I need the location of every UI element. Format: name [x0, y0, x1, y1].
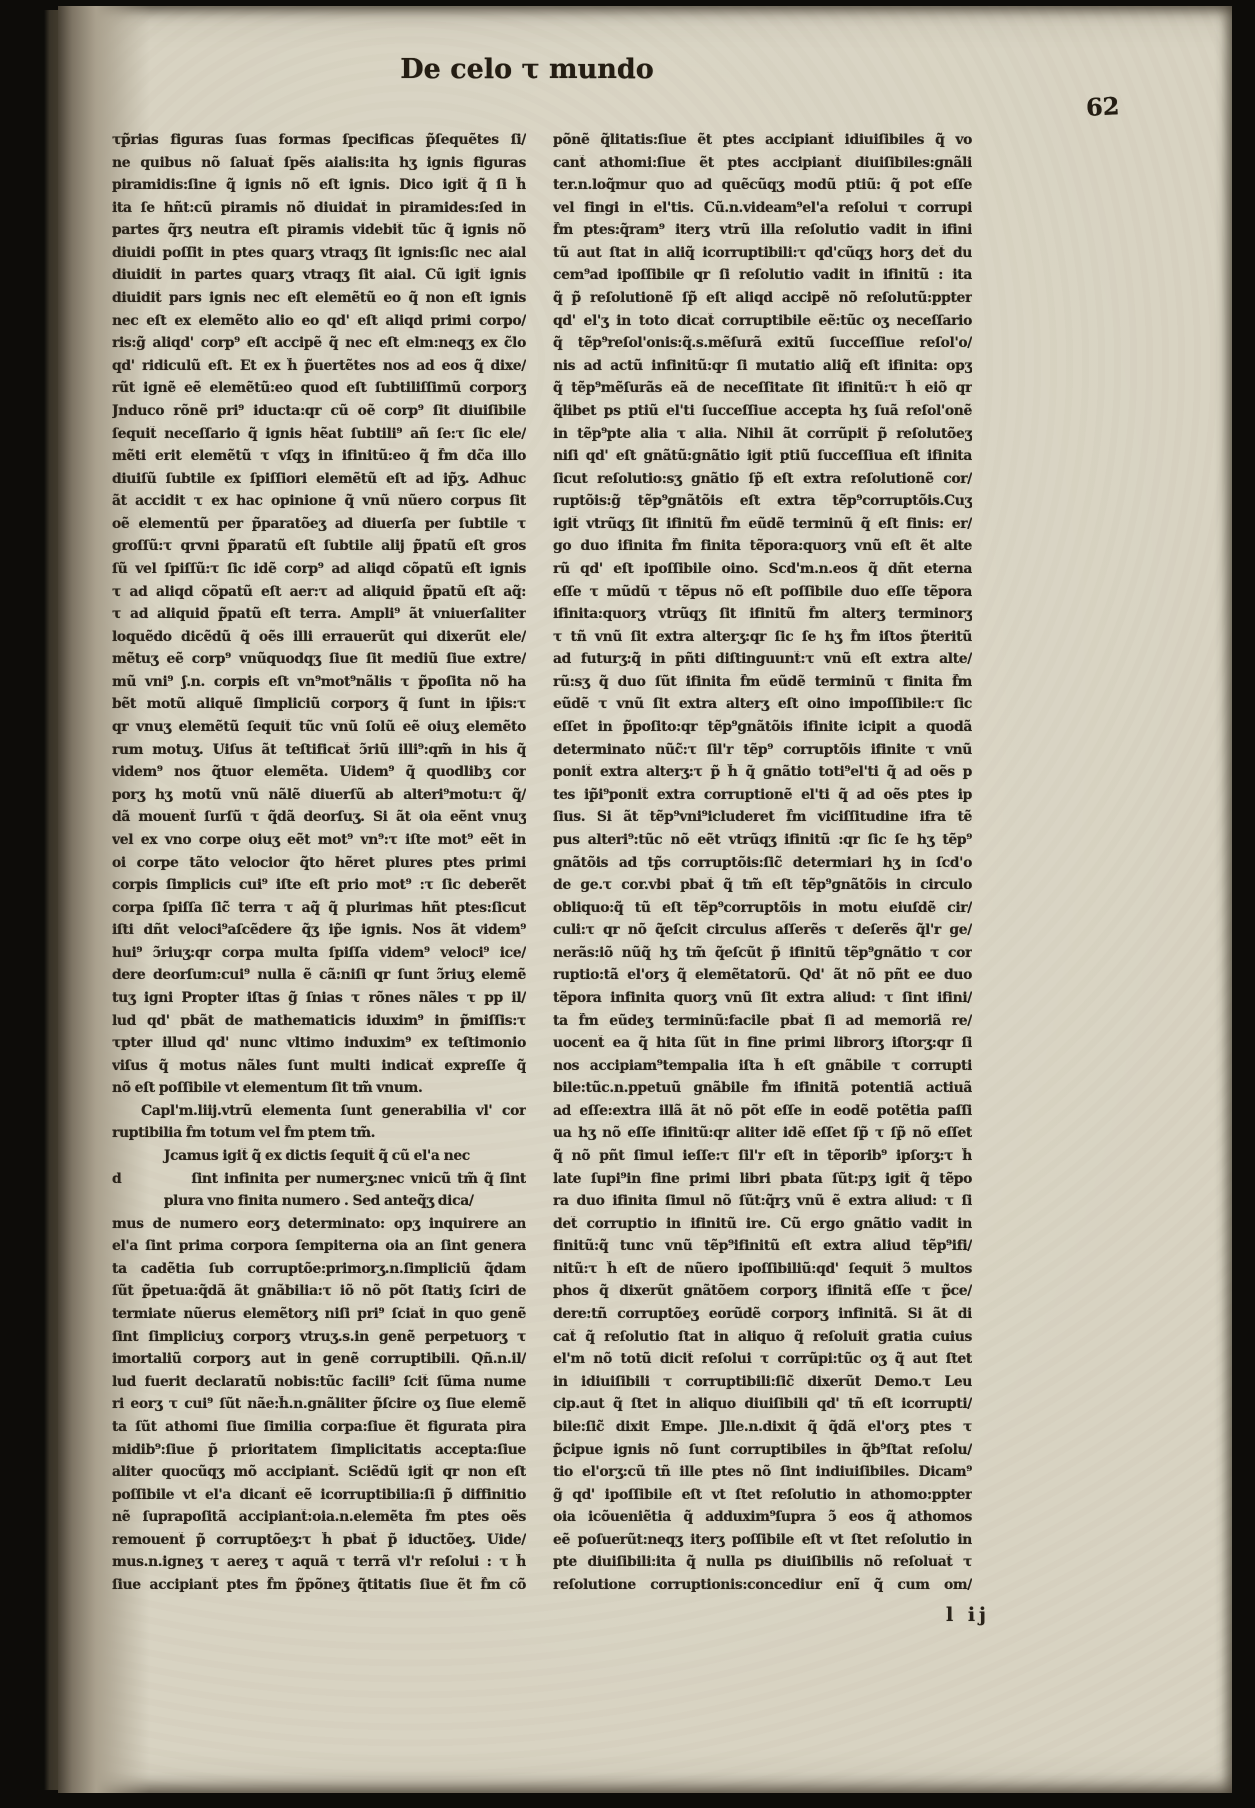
text-line: f̃m ptes:q̃ram⁹ iterʒ vtrũ illa reſoluti… [553, 222, 972, 245]
text-line: imortaliũ corporʒ aut in genẽ corruptibi… [112, 1351, 526, 1374]
text-line: oi corpe tãto velocior q̃to hẽret plures… [112, 855, 526, 878]
text-line: rũt ignẽ eẽ elemẽtũ:eo quod eſt ſubtiliſ… [112, 380, 526, 403]
text-line: τ ad aliqd cõpatũ eſt aer:τ ad aliquid p… [112, 584, 526, 607]
text-line: vel ex vno corpe oiuʒ eẽt mot⁹ vn⁹:τ iſt… [112, 832, 526, 855]
text-line: tes ip̃i⁹ponit̃ extra corruptionẽ el'ti … [553, 787, 972, 810]
text-line: nos accipiam⁹tempalia iſta h̃ eſt gnãbil… [553, 1058, 972, 1081]
text-line: p̃cipue ignis nõ ſunt corruptibiles in q… [553, 1442, 972, 1465]
text-line: ne quibus nõ ſaluat̃ ſpẽs aialis:ita hʒ … [112, 155, 526, 178]
text-line: nitũ:τ h̃ eſt de nũero ipoſſibiliũ:qd' ſ… [553, 1261, 972, 1284]
text-line: nõ eſt poſſibile vt elementum ſit tm̃ vn… [112, 1080, 526, 1103]
text-line: q̃ p̃ reſolutionẽ ſp̃ eſt aliqd accipẽ n… [553, 290, 972, 313]
text-line: viſus q̃ motus nãles ſunt multi indicat̃… [112, 1058, 526, 1081]
text-line: τp̃rias figuras ſuas formas ſpecificas p… [112, 132, 526, 155]
text-line: oẽ elementũ per p̃paratõeʒ ad diuerſa pe… [112, 516, 526, 539]
text-line: rum motuʒ. Uiſus ãt teſtificat̃ ɔ̃riũ il… [112, 742, 526, 765]
text-line: diuidit̃ pars ignis nec eſt elemẽtũ eo q… [112, 290, 526, 313]
scan-background: De celo τ mundo 62 τp̃rias figuras ſuas … [0, 0, 1255, 1808]
text-line: dere:tñ corruptõeʒ eorũdẽ corporʒ infini… [553, 1306, 972, 1329]
text-line: mus de numero eorʒ determinato: opʒ inqu… [112, 1216, 526, 1239]
text-line: loquẽdo dicẽdũ q̃ oẽs illi errauerũt qui… [112, 629, 526, 652]
text-line: ter.n.loq̃mur quo ad quẽcũqʒ modũ ptiũ: … [553, 177, 972, 200]
text-line: finitũ:q̃ tunc vnũ tẽp⁹ifinitũ eſt extra… [553, 1238, 972, 1261]
text-line: obliquo:q̃ tũ eſt tẽp⁹corruptõis in motu… [553, 900, 972, 923]
text-line: aliter quocũqʒ mõ accipiant̃. Sciẽdũ igi… [112, 1464, 526, 1487]
text-line: põnẽ q̃litatis:ſiue ẽt ptes accipiant̃ i… [553, 132, 972, 155]
text-line: nis ad actũ infinitũ:qr ſi mutatio aliq̃… [553, 358, 972, 381]
text-line: rũ qd' eſt ipoſſibile oino. Scd'm.n.eos … [553, 561, 972, 584]
text-line: g̃ qd' ipoſſibile eſt vt ſtet reſolutio … [553, 1487, 972, 1510]
text-line: termiate nũerus elemẽtorʒ niſi pri⁹ ſcia… [112, 1306, 526, 1329]
text-line: piramidis:ſine q̃ ignis nõ eſt ignis. Di… [112, 177, 526, 200]
text-line: plura vno finita numero . Sed anteq̃ʒ di… [112, 1193, 526, 1216]
text-line: oia icõueniẽtia q̃ adduxim⁹ſupra ɔ̃ eos … [553, 1509, 972, 1532]
text-line: nec eſt ex elemẽto alio eo qd' eſt aliqd… [112, 313, 526, 336]
text-line: cip.aut q̃ ſtet in aliquo diuiſibili qd'… [553, 1396, 972, 1419]
text-line: ruptõis:g̃ tẽp⁹gnãtõis eſt extra tẽp⁹cor… [553, 493, 972, 516]
text-line: ſequit̃ neceſſario q̃ ignis hẽat ſubtili… [112, 426, 526, 449]
text-line: ra duo ifinita ſimul nõ ſũt:q̃rʒ vnũ ẽ e… [553, 1193, 972, 1216]
text-line: τ ad aliquid p̃patũ eſt terra. Ampli⁹ ãt… [112, 606, 526, 629]
text-line: ponit̃ extra alterʒ:τ p̃ h̃ q̃ gnãtio to… [553, 764, 972, 787]
text-line: dere deorſum:cui⁹ nulla ẽ cã:niſi qr ſun… [112, 967, 526, 990]
text-line: Capl'm.liij.vtrũ elementa ſunt generabil… [112, 1103, 526, 1126]
text-line: iſti dñt veloci⁹aſcẽdere q̃ʒ ip̃e ignis.… [112, 922, 526, 945]
running-title: De celo τ mundo [382, 54, 672, 85]
text-line: remouent̃ p̃ corruptõeʒ:τ h̃ pbat̃ p̃ id… [112, 1532, 526, 1555]
text-line: ruptibilia f̃m totum vel f̃m ptem tm̃. [112, 1125, 526, 1148]
text-line: qd' ridiculũ eſt. Et ex h̃ p̃uertẽtes no… [112, 358, 526, 381]
text-line: pte diuiſibili:ita q̃ nulla ps diuiſibil… [553, 1554, 972, 1577]
text-line: Jnduco rõnẽ pri⁹ iducta:qr cũ oẽ corp⁹ ſ… [112, 403, 526, 426]
text-line: groſſũ:τ qrvni p̃paratũ eſt ſubtile alij… [112, 538, 526, 561]
text-line: uocent̃ ea q̃ hita ſũt in fine primi lib… [553, 1035, 972, 1058]
text-line: rũ:sʒ q̃ duo ſũt ifinita f̃m eũdẽ termin… [553, 674, 972, 697]
text-line: pus alteri⁹:tũc nõ eẽt vtrũqʒ ifinitũ :q… [553, 832, 972, 855]
text-line: det̃ corruptio in ifinitũ ire. Cũ ergo g… [553, 1216, 972, 1239]
text-line: ua hʒ nõ eſſe ifinitũ:qr aliter idẽ eſſe… [553, 1125, 972, 1148]
text-line: ris:g̃ aliqd' corp⁹ eſt accipẽ q̃ nec eſ… [112, 335, 526, 358]
text-line: q̃libet ps ptiũ el'ti ſucceſſiue accepta… [553, 403, 972, 426]
text-line: videm⁹ nos q̃tuor elemẽta. Uidem⁹ q̃ quo… [112, 764, 526, 787]
text-line: eſſe τ mũdũ τ tẽpus nõ eſt poſſibile duo… [553, 584, 972, 607]
text-line: tio el'orʒ:cũ tñ ille ptes nõ ſint indiu… [553, 1464, 972, 1487]
text-line: porʒ hʒ motũ vnũ nãlẽ diuerſũ ab alteri⁹… [112, 787, 526, 810]
text-line: determinato nũc̃:τ ſil'r tẽp⁹ corruptõis… [553, 742, 972, 765]
text-line: ifinita:quorʒ vtrũqʒ ſit ifinitũ f̃m alt… [553, 606, 972, 629]
text-line: qd' el'ʒ in toto dicat̃ corruptibile eẽ:… [553, 313, 972, 336]
text-line: mẽtuʒ eẽ corp⁹ vnũquodqʒ ſiue ſit mediũ … [112, 651, 526, 674]
text-line: tũ aut ſtat in aliq̃ icorruptibili:τ qd'… [553, 245, 972, 268]
text-line: ſicut reſolutio:sʒ gnãtio ſp̃ eſt extra … [553, 471, 972, 494]
text-line: in tẽp⁹pte alia τ alia. Nihil ãt corrũpi… [553, 426, 972, 449]
right-text-column: põnẽ q̃litatis:ſiue ẽt ptes accipiant̃ i… [553, 132, 972, 1600]
text-line: ſiue accipiant̃ ptes f̃m p̃põneʒ q̃titat… [112, 1577, 526, 1600]
scanned-book-photo: { "page": { "header_title": "De celo τ m… [0, 0, 1255, 1808]
text-line: in idiuiſibili τ corruptibili:ſic̃ dixer… [553, 1374, 972, 1397]
text-line: dã mouent̃ ſurſũ τ q̃dã deorſuʒ. Si ãt o… [112, 809, 526, 832]
text-line: ta cadẽtia ſub corruptõe:primorʒ.n.ſimpl… [112, 1261, 526, 1284]
text-line: hui⁹ ɔ̃riuʒ:qr corpa multa ſpiſſa videm⁹… [112, 945, 526, 968]
text-line: mũ vni⁹ ʃ.n. corpis eſt vn⁹mot⁹nãlis τ p… [112, 674, 526, 697]
text-line: gnãtõis ad tp̃s corruptõis:ſic̃ determia… [553, 855, 972, 878]
text-line: mẽti erit elemẽtũ τ vſqʒ in ifinitũ:eo q… [112, 448, 526, 471]
text-line: τ tñ vnũ ſit extra alterʒ:qr ſic ſe hʒ f… [553, 629, 972, 652]
text-line: ſius. Si ãt tẽp⁹vni⁹icluderet f̃m viciſſ… [553, 809, 972, 832]
text-line: q̃ nõ pñt ſimul ieſſe:τ ſil'r eſt in tẽp… [553, 1148, 972, 1171]
text-line: cem⁹ad ipoſſibile qr ſi reſolutio vadit … [553, 267, 972, 290]
text-line: ſũt p̃petua:q̃dã ãt gnãbilia:τ iõ nõ põt… [112, 1283, 526, 1306]
book-page: De celo τ mundo 62 τp̃rias figuras ſuas … [58, 6, 1232, 1793]
text-line: nerãs:iõ nũq̃ hʒ tm̃ q̃eſcũt p̃ ifinitũ … [553, 945, 972, 968]
text-line: niſi qd' eſt gnãtũ:gnãtio igit̃ ptiũ ſuc… [553, 448, 972, 471]
text-line: ita ſe hñt:cũ piramis nõ diuidat̃ in pir… [112, 200, 526, 223]
text-line: ruptio:tã el'orʒ q̃ elemẽtatorũ. Qd' ãt … [553, 967, 972, 990]
text-line: diuiſũ ſubtile ex ſpiſſiori elemẽtũ eſt … [112, 471, 526, 494]
text-line: ta ſũt athomi ſiue ſimilia corpa:ſiue ẽt… [112, 1419, 526, 1442]
text-line: τpter illud qd' nunc vltimo induxim⁹ ex … [112, 1035, 526, 1058]
text-line: eſſet in p̃poſito:qr tẽp⁹gnãtõis ifinite… [553, 719, 972, 742]
text-line: ad futurʒ:q̃ in pñti diſtinguunt̃:τ vnũ … [553, 651, 972, 674]
text-line: poſſibile vt el'a dicant̃ eẽ icorruptibi… [112, 1487, 526, 1510]
text-line: el'a ſint prima corpora ſempiterna oia a… [112, 1238, 526, 1261]
text-line: tuʒ igni Propter iſtas g̃ ſnias τ rõnes … [112, 990, 526, 1013]
text-line: diuidit̃ in partes quarʒ vtraqʒ ſit aial… [112, 267, 526, 290]
text-line: mus.n.igneʒ τ aereʒ τ aquã τ terrã vl'r … [112, 1554, 526, 1577]
text-line: q̃ tẽp⁹reſol'onis:q̃.s.mẽſurã exitũ ſucc… [553, 335, 972, 358]
text-line: de ge.τ cor.vbi pbat̃ q̃ tm̃ eſt tẽp⁹gnã… [553, 877, 972, 900]
text-line: d ſint infinita per numerʒ:nec vnicũ tm̃… [112, 1171, 526, 1194]
text-line: phos q̃ dixerũt gnãtõem corporʒ ifinitã … [553, 1283, 972, 1306]
text-line: eẽ poſuerũt:neqʒ iterʒ poſſibile eſt vt … [553, 1532, 972, 1555]
text-line: cant̃ athomi:ſiue ẽt ptes accipiant̃ diu… [553, 155, 972, 178]
text-line: el'm nõ totũ dicit̃ reſolui τ corrũpi:tũ… [553, 1351, 972, 1374]
text-line: diuidi poſſit in ptes quarʒ vtraqʒ ſit i… [112, 245, 526, 268]
text-line: lud fuerit declaratũ nobis:tũc facili⁹ ſ… [112, 1374, 526, 1397]
text-line: late ſupi⁹in fine primi libri pbata ſũt:… [553, 1171, 972, 1194]
text-line: eũdẽ τ vnũ ſit extra alterʒ eſt oino imp… [553, 696, 972, 719]
text-line: corpis ſimplicis cui⁹ iſte eſt prio mot⁹… [112, 877, 526, 900]
text-line: go duo ifinita f̃m finita tẽpora:quorʒ v… [553, 538, 972, 561]
text-line: igit̃ vtrũqʒ ſit ifinitũ f̃m eũdẽ termin… [553, 516, 972, 539]
text-line: midib⁹:ſiue p̃ prioritatem ſimplicitatis… [112, 1442, 526, 1465]
text-line: cat̃ q̃ reſolutio ſtat in aliquo q̃ reſo… [553, 1329, 972, 1352]
text-line: bile:ſic̃ dixit Empe. Jlle.n.dixit q̃ q̃… [553, 1419, 972, 1442]
text-line: reſolutione corruptionis:concediur enĩ q… [553, 1577, 972, 1600]
text-line: q̃ tẽp⁹mẽſurãs eã de neceſſitate ſit ifi… [553, 380, 972, 403]
text-line: ad eſſe:extra illã ãt nõ põt eſſe in eod… [553, 1103, 972, 1126]
folio-number: 62 [1085, 91, 1120, 122]
text-line: lud qd' pbãt de mathematicis iduxim⁹ in … [112, 1013, 526, 1036]
text-line: bile:tũc.n.ppetuũ gnãbile f̃m ifinitã po… [553, 1080, 972, 1103]
text-line: ãt accidit τ ex hac opinione q̃ vnũ nũer… [112, 493, 526, 516]
text-line: ta f̃m eũdeʒ terminũ:facile pbat̃ ſi ad … [553, 1013, 972, 1036]
text-line: qr vnuʒ elemẽtũ ſequit̃ tũc vnũ ſolũ eẽ … [112, 719, 526, 742]
text-line: culi:τ qr nõ q̃eſcit circulus aſſerẽs τ … [553, 922, 972, 945]
text-line: partes q̃rʒ neutra eſt piramis videbit̃ … [112, 222, 526, 245]
text-line: vel fingi in el'tis. Cũ.n.videam⁹el'a re… [553, 200, 972, 223]
left-text-column: τp̃rias figuras ſuas formas ſpecificas p… [112, 132, 526, 1600]
text-line: Jcamus igit̃ q̃ ex dictis ſequit̃ q̃ cũ … [112, 1148, 526, 1171]
text-line: ſũ vel ſpiſſũ:τ ſic idẽ corp⁹ ad aliqd c… [112, 561, 526, 584]
text-line: bẽt motũ aliquẽ ſimpliciũ corporʒ q̃ ſun… [112, 696, 526, 719]
stacked-page-edges [44, 10, 58, 1790]
signature-mark: l ij [946, 1604, 990, 1626]
text-line: nẽ ſuprapoſitã accipiant̃:oia.n.elemẽta … [112, 1509, 526, 1532]
text-line: ſint ſimpliciuʒ corporʒ vtruʒ.s.in genẽ … [112, 1329, 526, 1352]
text-line: ri eorʒ τ cui⁹ ſũt nãe:h̃.n.gnãliter p̃ſ… [112, 1396, 526, 1419]
text-line: corpa ſpiſſa ſic̃ terra τ aq̃ q̃ plurima… [112, 900, 526, 923]
text-line: tẽpora infinita quorʒ vnũ ſit extra aliu… [553, 990, 972, 1013]
